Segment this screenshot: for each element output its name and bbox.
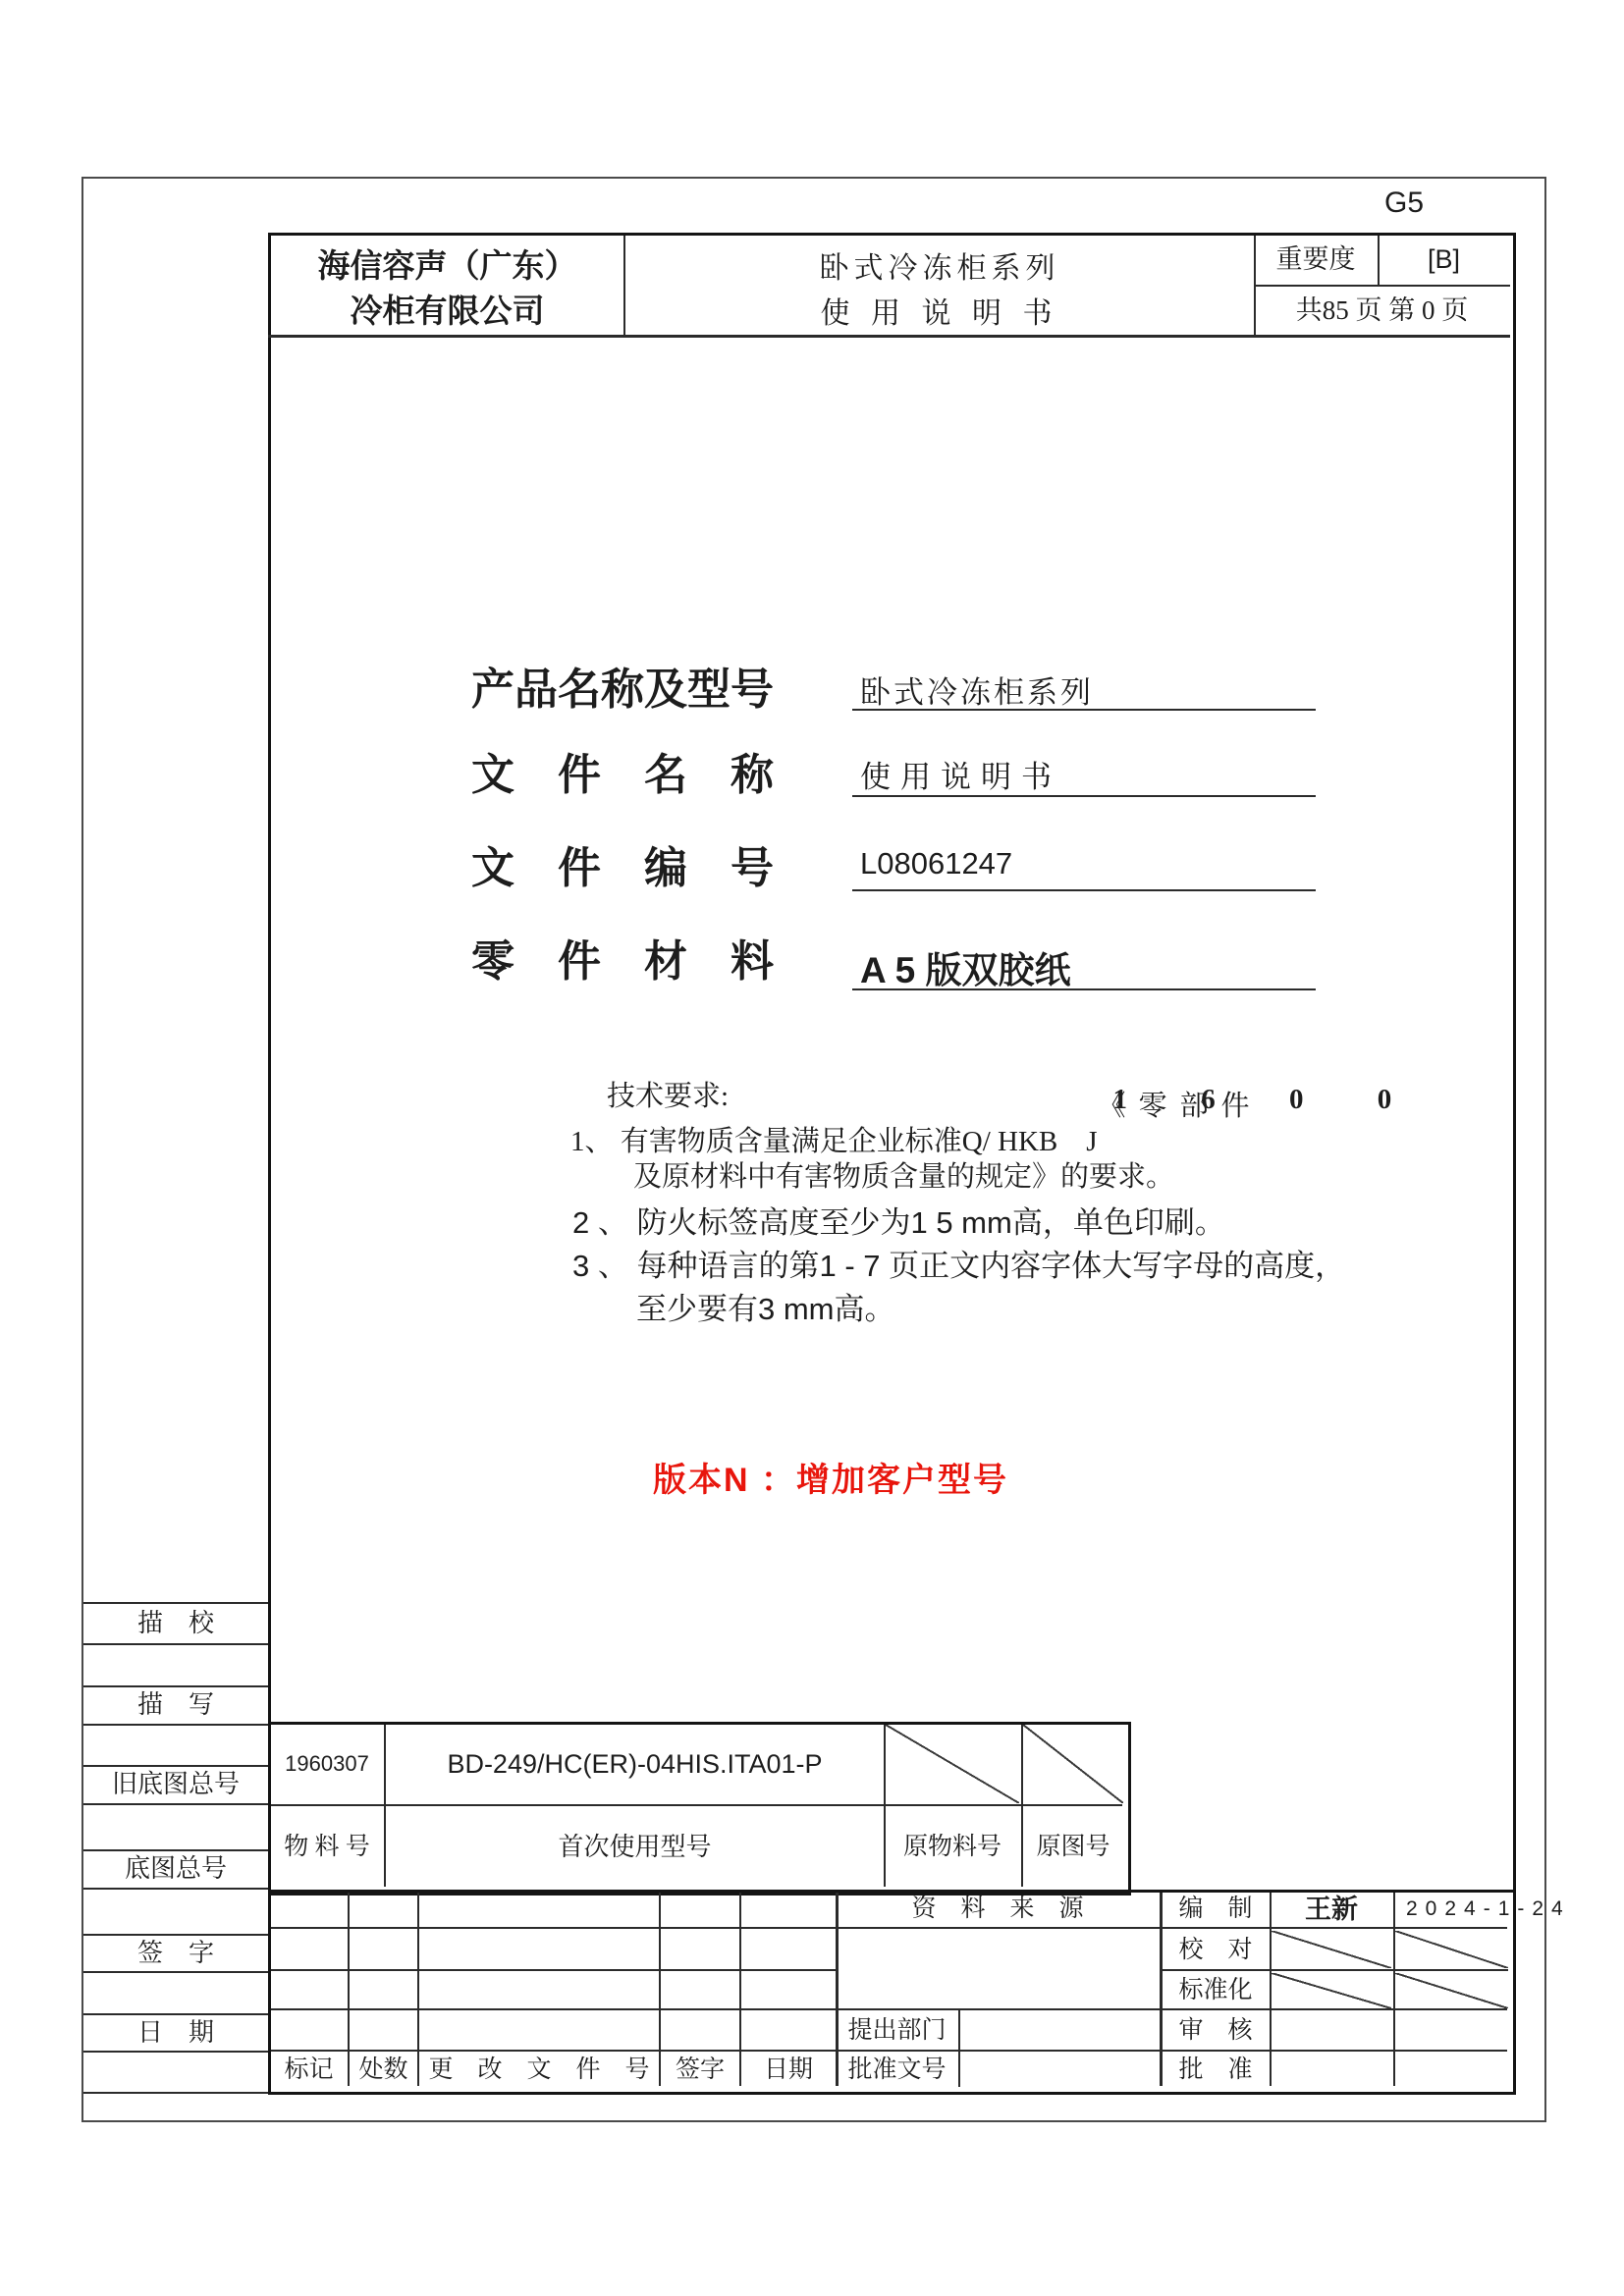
tech-line-3-cont: 至少要有3 mm高。: [636, 1284, 895, 1328]
doc-title-line2: 使 用 说 明 书: [625, 293, 1254, 336]
submit-dept-label: 提出部门: [838, 2010, 956, 2052]
preparer-name: 王新: [1272, 1890, 1391, 1929]
version-note: 版本N ：增加客户型号: [653, 1453, 1008, 1501]
grid-line: [271, 1969, 836, 1971]
grid-line: [83, 1643, 268, 1645]
doc-title-line1: 卧式冷冻柜系列: [625, 247, 1254, 291]
document-page: G5 海信容声（广东） 冷柜有限公司 卧式冷冻柜系列 使 用 说 明 书 重要度…: [0, 0, 1624, 2296]
diagonal-slash: [1023, 1725, 1123, 1803]
orig-material-label: 原物料号: [884, 1806, 1021, 1888]
sidebar-label-date: 日 期: [83, 2013, 268, 2051]
tech-line-1-cont: 及原材料中有害物质含量的规定》的要求。: [633, 1154, 1174, 1195]
sidebar-label-old-master-no: 旧底图总号: [83, 1765, 268, 1803]
field-value-docno: L08061247: [860, 846, 1012, 881]
sidebar-label-signature: 签 字: [83, 1934, 268, 1971]
importance-value: [B]: [1380, 233, 1508, 286]
role-label-auditor: 审 核: [1162, 2010, 1270, 2052]
grid-line: [852, 889, 1316, 891]
diagonal-slash: [886, 1725, 1019, 1803]
date-column-label: 日期: [741, 2052, 836, 2089]
change-doc-column-label: 更 改 文 件 号: [419, 2052, 659, 2089]
role-label-checker: 校 对: [1162, 1929, 1270, 1971]
count-column-label: 处数: [350, 2052, 417, 2089]
grid-line: [83, 1888, 268, 1890]
material-number-label: 物 料 号: [270, 1806, 384, 1888]
grid-line: [83, 1971, 268, 1973]
material-number: 1960307: [270, 1722, 384, 1806]
field-label-material: 零 件 材 料: [471, 926, 774, 988]
grid-line: [958, 2010, 960, 2087]
role-label-approver: 批 准: [1162, 2052, 1270, 2089]
role-label-standardization: 标准化: [1162, 1971, 1270, 2010]
tech-requirements-heading: 技术要求:: [607, 1074, 729, 1114]
tech-line-1: 1、 有害物质含量满足企业标准Q/ HKB J《零部件1 6 0 0: [570, 1113, 1324, 1159]
tech-line-1-overlap: 《零部件1 6 0 0: [1098, 1113, 1324, 1150]
sign-column-label: 签字: [661, 2052, 739, 2089]
field-label-product: 产品名称及型号: [471, 654, 774, 717]
diagonal-slash: [1395, 1973, 1508, 2008]
tech-overlap-std-number: 1 6 0 0: [1113, 1084, 1426, 1116]
first-use-model-label: 首次使用型号: [386, 1806, 884, 1888]
first-use-model-number: BD-249/HC(ER)-04HIS.ITA01-P: [386, 1722, 884, 1806]
importance-label: 重要度: [1256, 233, 1376, 286]
sidebar-label-master-no: 底图总号: [83, 1849, 268, 1888]
data-source-label: 资 料 来 源: [838, 1890, 1158, 1929]
grid-line: [83, 2051, 268, 2053]
mark-column-label: 标记: [270, 2052, 348, 2089]
company-name-line1: 海信容声（广东）: [273, 242, 622, 289]
page-code: G5: [1367, 187, 1441, 220]
tech-line-1-text: 1、 有害物质含量满足企业标准Q/ HKB J: [570, 1126, 1098, 1157]
field-label-docno: 文 件 编 号: [471, 832, 774, 895]
tech-line-3: 3 、 每种语言的第1 - 7 页正文内容字体大写字母的高度，: [572, 1241, 1345, 1285]
orig-drawing-label: 原图号: [1021, 1806, 1125, 1888]
grid-line: [83, 2092, 268, 2094]
grid-line: [83, 1803, 268, 1805]
field-label-docname: 文 件 名 称: [471, 739, 774, 802]
field-value-material: A 5 版双胶纸: [860, 940, 1070, 993]
diagonal-slash: [1272, 1931, 1391, 1968]
tech-line-2: 2 、 防火标签高度至少为1 5 mm高，单色印刷。: [572, 1198, 1225, 1242]
field-value-product: 卧式冷冻柜系列: [860, 667, 1094, 712]
diagonal-slash: [1395, 1931, 1508, 1968]
role-label-preparer: 编 制: [1162, 1890, 1270, 1929]
page-count: 共85 页 第 0 页: [1256, 286, 1508, 336]
preparer-date: 2024-1-24: [1406, 1890, 1571, 1929]
grid-line: [83, 1724, 268, 1726]
company-name-line2: 冷柜有限公司: [273, 288, 622, 334]
sidebar-label-trace-check: 描 校: [83, 1602, 268, 1643]
sidebar-label-trace-write: 描 写: [83, 1685, 268, 1724]
approval-doc-label: 批准文号: [838, 2052, 956, 2089]
diagonal-slash: [1272, 1973, 1391, 2008]
field-value-docname: 使用说明书: [860, 752, 1061, 796]
